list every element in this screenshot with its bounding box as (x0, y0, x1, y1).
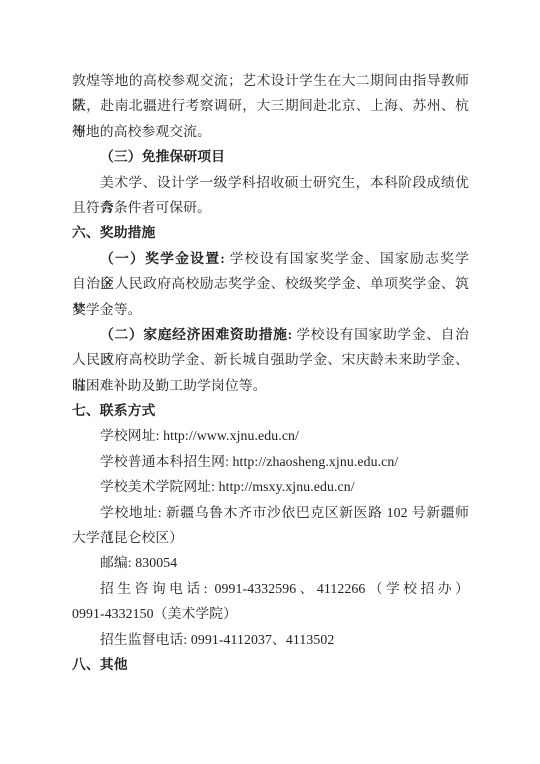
text-run: 大学（昆仑校区） (72, 530, 183, 545)
text-run: 奖学金等。 (72, 302, 141, 317)
text-run: 时困难补助及勤工助学岗位等。 (72, 378, 267, 393)
text-line: 学校美术学院网址: http://msxy.xjnu.edu.cn/ (72, 474, 469, 499)
text-line: 美术学、设计学一级学科招收硕士研究生，本科阶段成绩优秀 (72, 170, 469, 195)
text-run-bold: 八、其他 (72, 657, 128, 672)
text-line: 招生咨询电话: 0991-4332596、4112266（学校招办） (72, 576, 469, 601)
text-run: 学校美术学院网址: http://msxy.xjnu.edu.cn/ (100, 479, 355, 494)
text-run: 学校普通本科招生网: http://zhaosheng.xjnu.edu.cn/ (100, 454, 398, 469)
text-line: 邮编: 830054 (72, 550, 469, 575)
text-line: （二）家庭经济困难资助措施: 学校设有国家助学金、自治区 (72, 322, 469, 347)
text-line: 人民政府高校助学金、新长城自强助学金、宋庆龄未来助学金、临 (72, 347, 469, 372)
text-line: 六、奖助措施 (72, 220, 469, 245)
text-line: （一）奖学金设置: 学校设有国家奖学金、国家励志奖学金、 (72, 246, 469, 271)
text-line: 自治区人民政府高校励志奖学金、校级奖学金、单项奖学金、筑梦 (72, 271, 469, 296)
text-line: 等地的高校参观交流。 (72, 119, 469, 144)
document-page: 敦煌等地的高校参观交流；艺术设计学生在大二期间由指导教师带队，赴南北疆进行考察调… (0, 0, 540, 764)
text-line: 队，赴南北疆进行考察调研，大三期间赴北京、上海、苏州、杭州 (72, 93, 469, 118)
text-run: 邮编: 830054 (100, 555, 177, 570)
text-line: 0991-4332150（美术学院） (72, 601, 469, 626)
text-line: 七、联系方式 (72, 398, 469, 423)
text-run-bold: （三）免推保研项目 (100, 149, 225, 164)
text-line: 且符合条件者可保研。 (72, 195, 469, 220)
text-run: 0991-4332150（美术学院） (72, 606, 237, 621)
text-line: 学校网址: http://www.xjnu.edu.cn/ (72, 423, 469, 448)
text-run: 学校网址: http://www.xjnu.edu.cn/ (100, 428, 299, 443)
text-run-bold: 七、联系方式 (72, 403, 155, 418)
text-run: 招生咨询电话: 0991-4332596、4112266（学校招办） (100, 581, 469, 596)
text-run-bold: （二）家庭经济困难资助措施: (100, 327, 296, 342)
text-line: 大学（昆仑校区） (72, 525, 469, 550)
text-line: 奖学金等。 (72, 297, 469, 322)
text-line: 招生监督电话: 0991-4112037、4113502 (72, 627, 469, 652)
text-run: 招生监督电话: 0991-4112037、4113502 (100, 632, 334, 647)
document-content: 敦煌等地的高校参观交流；艺术设计学生在大二期间由指导教师带队，赴南北疆进行考察调… (72, 68, 469, 677)
text-line: 时困难补助及勤工助学岗位等。 (72, 373, 469, 398)
text-run-bold: （一）奖学金设置: (100, 251, 230, 266)
text-line: 八、其他 (72, 652, 469, 677)
text-line: （三）免推保研项目 (72, 144, 469, 169)
text-line: 学校地址: 新疆乌鲁木齐市沙依巴克区新医路 102 号新疆师范 (72, 500, 469, 525)
text-run: 且符合条件者可保研。 (72, 200, 211, 215)
text-run: 等地的高校参观交流。 (72, 124, 211, 139)
text-line: 敦煌等地的高校参观交流；艺术设计学生在大二期间由指导教师带 (72, 68, 469, 93)
text-line: 学校普通本科招生网: http://zhaosheng.xjnu.edu.cn/ (72, 449, 469, 474)
text-run-bold: 六、奖助措施 (72, 225, 155, 240)
